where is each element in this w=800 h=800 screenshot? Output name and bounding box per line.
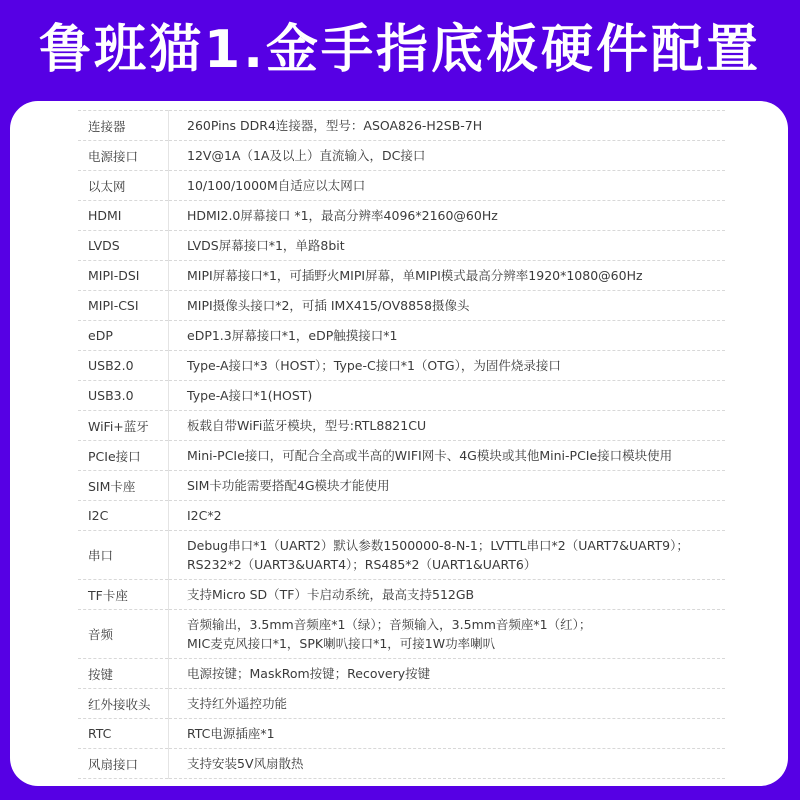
spec-key: USB3.0 bbox=[78, 381, 169, 411]
spec-key: RTC bbox=[78, 719, 169, 749]
spec-value-line: SIM卡功能需要搭配4G模块才能使用 bbox=[187, 476, 725, 495]
spec-value-line: Type-A接口*1(HOST) bbox=[187, 386, 725, 405]
spec-key: SIM卡座 bbox=[78, 471, 169, 501]
spec-value: 音频输出，3.5mm音频座*1（绿）；音频输入，3.5mm音频座*1（红）；MI… bbox=[169, 610, 726, 659]
spec-value-line: 支持安装5V风扇散热 bbox=[187, 754, 725, 773]
spec-value-line: RS232*2（UART3&UART4）；RS485*2（UART1&UART6… bbox=[187, 555, 725, 574]
spec-key: 风扇接口 bbox=[78, 749, 169, 779]
spec-value-line: RTC电源插座*1 bbox=[187, 724, 725, 743]
page-title: 鲁班猫1.金手指底板硬件配置 bbox=[0, 18, 800, 82]
table-row: TF卡座支持Micro SD（TF）卡启动系统，最高支持512GB bbox=[78, 580, 725, 610]
spec-value-line: Mini-PCIe接口，可配合全高或半高的WIFI网卡、4G模块或其他Mini-… bbox=[187, 446, 725, 465]
spec-key: TF卡座 bbox=[78, 580, 169, 610]
spec-key: HDMI bbox=[78, 201, 169, 231]
spec-value: RTC电源插座*1 bbox=[169, 719, 726, 749]
table-row: USB2.0Type-A接口*3（HOST）；Type-C接口*1（OTG），为… bbox=[78, 351, 725, 381]
spec-value: LVDS屏幕接口*1，单路8bit bbox=[169, 231, 726, 261]
table-row: SIM卡座SIM卡功能需要搭配4G模块才能使用 bbox=[78, 471, 725, 501]
spec-key: WiFi+蓝牙 bbox=[78, 411, 169, 441]
spec-value: 板载自带WiFi蓝牙模块，型号:RTL8821CU bbox=[169, 411, 726, 441]
table-row: PCIe接口Mini-PCIe接口，可配合全高或半高的WIFI网卡、4G模块或其… bbox=[78, 441, 725, 471]
spec-value-line: 支持Micro SD（TF）卡启动系统，最高支持512GB bbox=[187, 585, 725, 604]
spec-value-line: eDP1.3屏幕接口*1，eDP触摸接口*1 bbox=[187, 326, 725, 345]
table-row: MIPI-CSIMIPI摄像头接口*2，可插 IMX415/OV8858摄像头 bbox=[78, 291, 725, 321]
table-row: MIPI-DSIMIPI屏幕接口*1，可插野火MIPI屏幕，单MIPI模式最高分… bbox=[78, 261, 725, 291]
spec-key: MIPI-CSI bbox=[78, 291, 169, 321]
spec-value: Type-A接口*1(HOST) bbox=[169, 381, 726, 411]
spec-value: Type-A接口*3（HOST）；Type-C接口*1（OTG），为固件烧录接口 bbox=[169, 351, 726, 381]
spec-key: 连接器 bbox=[78, 111, 169, 141]
table-row: 以太网10/100/1000M自适应以太网口 bbox=[78, 171, 725, 201]
spec-key: 串口 bbox=[78, 531, 169, 580]
table-row: 连接器260Pins DDR4连接器，型号：ASOA826-H2SB-7H bbox=[78, 111, 725, 141]
spec-value-line: 10/100/1000M自适应以太网口 bbox=[187, 176, 725, 195]
spec-value: 10/100/1000M自适应以太网口 bbox=[169, 171, 726, 201]
spec-card: 连接器260Pins DDR4连接器，型号：ASOA826-H2SB-7H 电源… bbox=[10, 101, 788, 786]
spec-key: 按键 bbox=[78, 659, 169, 689]
table-row: 电源接口12V@1A（1A及以上）直流输入，DC接口 bbox=[78, 141, 725, 171]
spec-value: 12V@1A（1A及以上）直流输入，DC接口 bbox=[169, 141, 726, 171]
spec-key: LVDS bbox=[78, 231, 169, 261]
spec-value: I2C*2 bbox=[169, 501, 726, 531]
table-row: 按键电源按键；MaskRom按键；Recovery按键 bbox=[78, 659, 725, 689]
table-row: WiFi+蓝牙板载自带WiFi蓝牙模块，型号:RTL8821CU bbox=[78, 411, 725, 441]
spec-value: 260Pins DDR4连接器，型号：ASOA826-H2SB-7H bbox=[169, 111, 726, 141]
spec-value: 电源按键；MaskRom按键；Recovery按键 bbox=[169, 659, 726, 689]
spec-value-line: 12V@1A（1A及以上）直流输入，DC接口 bbox=[187, 146, 725, 165]
table-row: eDPeDP1.3屏幕接口*1，eDP触摸接口*1 bbox=[78, 321, 725, 351]
spec-key: I2C bbox=[78, 501, 169, 531]
spec-value-line: 板载自带WiFi蓝牙模块，型号:RTL8821CU bbox=[187, 416, 725, 435]
spec-value: Debug串口*1（UART2）默认参数1500000-8-N-1；LVTTL串… bbox=[169, 531, 726, 580]
table-row: HDMIHDMI2.0屏幕接口 *1，最高分辨率4096*2160@60Hz bbox=[78, 201, 725, 231]
table-row: 红外接收头支持红外遥控功能 bbox=[78, 689, 725, 719]
spec-key: MIPI-DSI bbox=[78, 261, 169, 291]
spec-value-line: MIPI屏幕接口*1，可插野火MIPI屏幕，单MIPI模式最高分辨率1920*1… bbox=[187, 266, 725, 285]
spec-value: 支持安装5V风扇散热 bbox=[169, 749, 726, 779]
spec-value: MIPI摄像头接口*2，可插 IMX415/OV8858摄像头 bbox=[169, 291, 726, 321]
spec-key: 红外接收头 bbox=[78, 689, 169, 719]
spec-value: HDMI2.0屏幕接口 *1，最高分辨率4096*2160@60Hz bbox=[169, 201, 726, 231]
spec-key: 音频 bbox=[78, 610, 169, 659]
spec-value-line: Type-A接口*3（HOST）；Type-C接口*1（OTG），为固件烧录接口 bbox=[187, 356, 725, 375]
spec-key: USB2.0 bbox=[78, 351, 169, 381]
spec-value-line: 支持红外遥控功能 bbox=[187, 694, 725, 713]
spec-table: 连接器260Pins DDR4连接器，型号：ASOA826-H2SB-7H 电源… bbox=[78, 110, 725, 779]
spec-value-line: MIPI摄像头接口*2，可插 IMX415/OV8858摄像头 bbox=[187, 296, 725, 315]
spec-value: MIPI屏幕接口*1，可插野火MIPI屏幕，单MIPI模式最高分辨率1920*1… bbox=[169, 261, 726, 291]
spec-key: 电源接口 bbox=[78, 141, 169, 171]
spec-value: Mini-PCIe接口，可配合全高或半高的WIFI网卡、4G模块或其他Mini-… bbox=[169, 441, 726, 471]
spec-value: 支持Micro SD（TF）卡启动系统，最高支持512GB bbox=[169, 580, 726, 610]
table-row: 串口Debug串口*1（UART2）默认参数1500000-8-N-1；LVTT… bbox=[78, 531, 725, 580]
spec-value: eDP1.3屏幕接口*1，eDP触摸接口*1 bbox=[169, 321, 726, 351]
spec-value-line: Debug串口*1（UART2）默认参数1500000-8-N-1；LVTTL串… bbox=[187, 536, 725, 555]
table-row: 音频音频输出，3.5mm音频座*1（绿）；音频输入，3.5mm音频座*1（红）；… bbox=[78, 610, 725, 659]
spec-key: eDP bbox=[78, 321, 169, 351]
spec-value-line: 电源按键；MaskRom按键；Recovery按键 bbox=[187, 664, 725, 683]
spec-key: 以太网 bbox=[78, 171, 169, 201]
spec-key: PCIe接口 bbox=[78, 441, 169, 471]
spec-value-line: 音频输出，3.5mm音频座*1（绿）；音频输入，3.5mm音频座*1（红）； bbox=[187, 615, 725, 634]
spec-value: 支持红外遥控功能 bbox=[169, 689, 726, 719]
spec-value-line: HDMI2.0屏幕接口 *1，最高分辨率4096*2160@60Hz bbox=[187, 206, 725, 225]
table-row: 风扇接口支持安装5V风扇散热 bbox=[78, 749, 725, 779]
table-row: RTCRTC电源插座*1 bbox=[78, 719, 725, 749]
table-row: I2CI2C*2 bbox=[78, 501, 725, 531]
table-row: LVDSLVDS屏幕接口*1，单路8bit bbox=[78, 231, 725, 261]
spec-value-line: 260Pins DDR4连接器，型号：ASOA826-H2SB-7H bbox=[187, 116, 725, 135]
spec-value-line: I2C*2 bbox=[187, 506, 725, 525]
spec-value-line: MIC麦克风接口*1，SPK喇叭接口*1，可接1W功率喇叭 bbox=[187, 634, 725, 653]
spec-value-line: LVDS屏幕接口*1，单路8bit bbox=[187, 236, 725, 255]
table-row: USB3.0Type-A接口*1(HOST) bbox=[78, 381, 725, 411]
spec-value: SIM卡功能需要搭配4G模块才能使用 bbox=[169, 471, 726, 501]
